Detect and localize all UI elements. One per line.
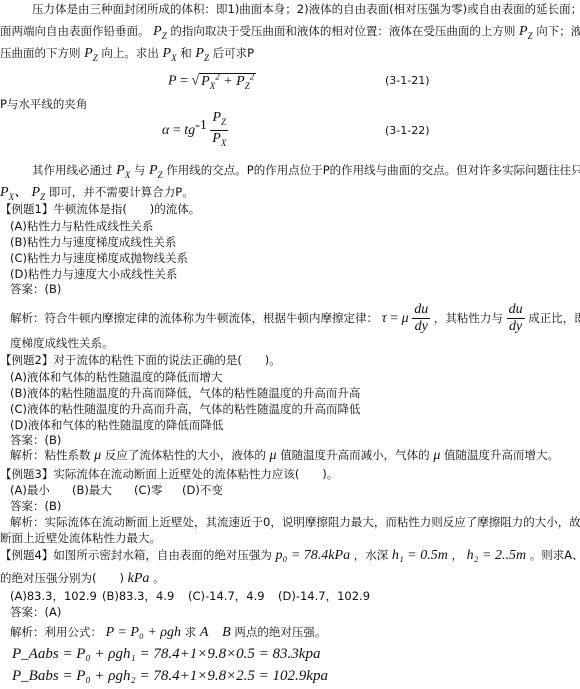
text: 的指向取决于受压曲面和液体的相对位置：液体在受压曲面的上方则 <box>170 24 515 38</box>
text: 【例题4】如图所示密封水箱，自由表面的绝对压强为 <box>0 548 272 562</box>
example-3-analysis: 解析：实际流体在流动断面上近壁处，其流速近于0，说明摩擦阻力最大，而粘性力则反应… <box>10 514 580 530</box>
p0-value: p₀ = 78.4kPa <box>275 548 350 563</box>
example-4-title: 【例题4】如图所示密封水箱，自由表面的绝对压强为 p₀ = 78.4kPa ，水… <box>0 547 580 564</box>
option: (D)液体和气体的粘性随温度的降低而降低 <box>10 417 223 433</box>
answer: 答案：(B) <box>10 432 61 448</box>
answer: 答案：(B) <box>10 498 61 514</box>
text: ，水深 <box>354 548 389 562</box>
option: (B)最大 <box>72 482 134 498</box>
option: (D)粘性力与速度大小成线性关系 <box>10 266 177 282</box>
option: (B)液体的粘性随温度的升高而降低，气体的粘性随温度的升高而升高 <box>10 385 360 401</box>
analysis-cont: 断面上近壁处流体粘性力最大。 <box>0 530 161 546</box>
text: 反应了流体粘性的大小，液体的 <box>105 448 266 462</box>
option: (A)粘性力与粘性成线性关系 <box>10 218 153 234</box>
text: ， <box>451 548 463 562</box>
text: 值随温度升高而减小，气体的 <box>280 448 430 462</box>
text: 向下；液体在受 <box>536 24 580 38</box>
intro-line-3: 压曲面的下方则 PZ 向上。求出 PX 和 PZ 后可求P <box>0 45 254 66</box>
option: (B)粘性力与速度梯度成线性关系 <box>10 234 176 250</box>
text: 解析：利用公式： <box>10 625 102 639</box>
example-2-title: 【例题2】对于流体的粘性下面的说法正确的是( )。 <box>0 352 281 368</box>
text: 面两端向自由表面作铅垂面。 <box>0 24 150 38</box>
calc-a: P_Aabs = P₀ + ρgh₁ = 78.4+1×9.8×0.5 = 83… <box>12 646 320 662</box>
text: 后可求P <box>213 46 254 60</box>
text: 与 <box>134 163 146 177</box>
text: 。 <box>153 571 165 585</box>
example-2-analysis: 解析：粘性系数 μ 反应了流体粘性的大小，液体的 μ 值随温度升高而减小，气体的… <box>10 447 559 464</box>
example-3-title: 【例题3】实际流体在流动断面上近壁处的流体粘性力应该( )。 <box>0 466 338 482</box>
answer: 答案：(B) <box>10 281 61 297</box>
example-4-options: (A)83.3，102.9(B)83.3，4.9(C)-14.7，4.9(D)-… <box>10 588 370 604</box>
intro-line-2: 面两端向自由表面作铅垂面。 PZ 的指向取决于受压曲面和液体的相对位置：液体在受… <box>0 23 580 44</box>
text: 的绝对压强分别为( ) <box>0 571 124 585</box>
text: ，其粘性力与 <box>434 311 503 325</box>
example-1-title: 【例题1】牛顿流体是指( )的流体。 <box>0 201 200 217</box>
pz-symbol: PZ <box>519 24 533 39</box>
option: (A)83.3，102.9 <box>10 588 102 604</box>
option: (B)83.3，4.9 <box>102 588 188 604</box>
option: (A)液体和气体的粘性随温度的降低而增大 <box>10 369 222 385</box>
example-1-analysis: 解析：符合牛顿内摩擦定律的流体称为牛顿流体，根据牛顿内摩擦定律： τ = μ d… <box>10 302 580 335</box>
intro-line-5: 其作用线必通过 PX 与 PZ 作用线的交点。P的作用点位于P的作用线与曲面的交… <box>32 162 580 183</box>
calc-b: P_Babs = P₀ + ρgh₂ = 78.4+1×9.8×2.5 = 10… <box>12 668 328 684</box>
text: 值随温度升高而增大。 <box>444 448 559 462</box>
example-3-options: (A)最小(B)最大(C)零(D)不变 <box>10 482 223 498</box>
text: 即可，并不需要计算合力P。 <box>49 185 194 199</box>
px-symbol: PX <box>163 46 177 61</box>
answer: 答案：(A) <box>10 604 61 620</box>
text: 求 <box>185 625 197 639</box>
option: (A)最小 <box>10 482 72 498</box>
text: 向上。求出 <box>101 46 159 60</box>
pz-symbol: PZ <box>153 24 167 39</box>
equation-3-1-22: α = tg-1 PZPX <box>162 110 228 151</box>
h1-value: h₁ = 0.5m <box>392 548 448 563</box>
option: (D)不变 <box>182 483 223 497</box>
pz-symbol: PZ <box>195 46 209 61</box>
intro-line-1: 压力体是由三种面封闭所成的体积：即1)曲面本身；2)液体的自由表面(相对压强为零… <box>32 1 580 17</box>
example-4-title-cont: 的绝对压强分别为( ) kPa 。 <box>0 570 165 587</box>
unit: kPa <box>128 571 150 586</box>
option: (C)零 <box>134 482 182 498</box>
option: (C)-14.7，4.9 <box>188 588 278 604</box>
text: 作用线的交点。P的作用点位于P的作用线与曲面的交点。但对许多实际问题往往只需求出 <box>166 163 580 177</box>
angle-label: P与水平线的夹角 <box>0 96 87 112</box>
option: (C)液体的粘性随温度的升高而升高，气体的粘性随温度的升高而降低 <box>10 401 361 417</box>
text: 压曲面的下方则 <box>0 46 81 60</box>
text: 解析：符合牛顿内摩擦定律的流体称为牛顿流体，根据牛顿内摩擦定律： <box>10 311 378 325</box>
pz-symbol: PZ <box>84 46 98 61</box>
text: 两点的绝对压强。 <box>234 625 326 639</box>
points: A B <box>200 625 231 640</box>
text: 解析：粘性系数 <box>10 448 91 462</box>
option: (D)-14.7，102.9 <box>278 589 370 603</box>
equation-number: (3-1-22) <box>385 124 430 137</box>
equation-3-1-21: P = √PX2 + PZ2 <box>168 68 256 93</box>
text: 其作用线必通过 <box>32 163 113 177</box>
example-4-analysis: 解析：利用公式： P = P₀ + ρgh 求 A B 两点的绝对压强。 <box>10 624 326 641</box>
text: 。则求A、B两点 <box>530 548 580 562</box>
option: (C)粘性力与速度梯度成抛物线关系 <box>10 250 188 266</box>
analysis-cont: 度梯度成线性关系。 <box>10 335 114 351</box>
text: 成正比，即与速 <box>528 311 580 325</box>
equation-number: (3-1-21) <box>385 74 430 87</box>
px-symbol: PX <box>116 163 130 178</box>
pz-symbol: PZ <box>149 163 163 178</box>
h2-value: h₂ = 2..5m <box>467 548 526 563</box>
formula: P = P₀ + ρgh <box>106 625 181 640</box>
text: 和 <box>180 46 192 60</box>
